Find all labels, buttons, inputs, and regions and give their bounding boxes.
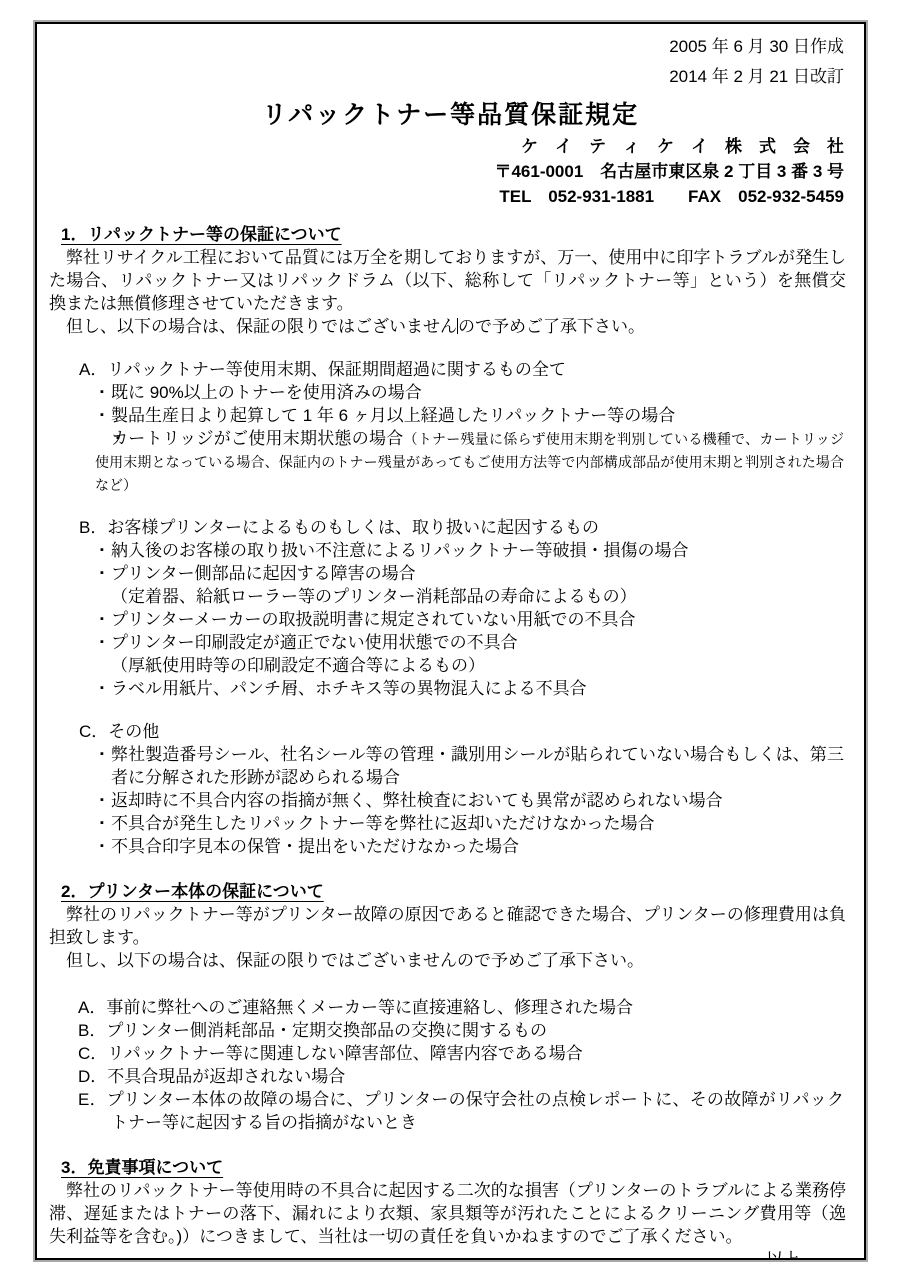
- company-name: ケ イ テ ィ ケ イ 株 式 会 社: [37, 134, 844, 159]
- square-bullet-icon: ▪: [100, 812, 104, 835]
- company-block: ケ イ テ ィ ケ イ 株 式 会 社 〒461-0001 名古屋市東区泉 2 …: [37, 134, 864, 209]
- list-item: ▪プリンター印刷設定が適正でない使用状態での不具合: [37, 631, 864, 654]
- created-date: 2005 年 6 月 30 日作成: [37, 32, 844, 62]
- section3-heading: 3．免責事項について: [37, 1156, 864, 1179]
- document-title: リパックトナー等品質保証規定: [37, 99, 864, 131]
- section2-paragraph-2: 但し、以下の場合は、保証の限りではございませんので予めご了承下さい。: [37, 949, 864, 972]
- company-address: 〒461-0001 名古屋市東区泉 2 丁目 3 番 3 号: [37, 159, 844, 184]
- list-item: A．事前に弊社へのご連絡無くメーカー等に直接連絡し、修理された場合: [37, 996, 864, 1019]
- list-item: ▪納入後のお客様の取り扱い不注意によるリパックトナー等破損・損傷の場合: [37, 539, 864, 562]
- section2-paragraph-1: 弊社のリパックトナー等がプリンター故障の原因であると確認できた場合、プリンターの…: [37, 903, 864, 949]
- group-a-label: A．リパックトナー等使用末期、保証期間超過に関するもの全て: [37, 358, 864, 381]
- square-bullet-icon: ▪: [100, 789, 104, 812]
- square-bullet-icon: ▪: [100, 608, 104, 631]
- square-bullet-icon: ▪: [100, 743, 104, 766]
- square-bullet-icon: ▪: [100, 677, 104, 700]
- list-item: ▪プリンター側部品に起因する障害の場合: [37, 562, 864, 585]
- list-item: ▪プリンターメーカーの取扱説明書に規定されていない用紙での不具合: [37, 608, 864, 631]
- revised-date: 2014 年 2 月 21 日改訂: [37, 62, 844, 92]
- list-item: ▪不具合が発生したリパックトナー等を弊社に返却いただけなかった場合: [37, 812, 864, 835]
- list-item: ▪製品生産日より起算して 1 年 6 ヶ月以上経過したリパックトナー等の場合: [37, 404, 864, 427]
- group-c-label: C．その他: [37, 720, 864, 743]
- square-bullet-icon: ▪: [100, 631, 104, 654]
- square-bullet-icon: ▪: [100, 404, 104, 427]
- square-bullet-icon: ▪: [100, 539, 104, 562]
- list-item: ▪ラベル用紙片、パンチ屑、ホチキス等の異物混入による不具合: [37, 677, 864, 700]
- section1-group-a: A．リパックトナー等使用末期、保証期間超過に関するもの全て ▪既に 90%以上の…: [37, 358, 864, 496]
- paragraph2-text-before: 但し、以下の場合は、保証の限りではございません: [66, 317, 457, 336]
- document-border-frame: 2005 年 6 月 30 日作成 2014 年 2 月 21 日改訂 リパック…: [35, 22, 866, 1260]
- list-item: ▪既に 90%以上のトナーを使用済みの場合: [37, 381, 864, 404]
- section3-paragraph: 弊社のリパックトナー等使用時の不具合に起因する二次的な損害（プリンターのトラブル…: [37, 1179, 864, 1248]
- list-item: ▪弊社製造番号シール、社名シール等の管理・識別用シールが貼られていない場合もしく…: [37, 743, 864, 789]
- list-item: E．プリンター本体の故障の場合に、プリンターの保守会社の点検レポートに、その故障…: [37, 1088, 864, 1134]
- revision-dates: 2005 年 6 月 30 日作成 2014 年 2 月 21 日改訂: [37, 32, 864, 92]
- list-item: ▪カートリッジがご使用末期状態の場合（トナー残量に係らず使用末期を判別している機…: [37, 427, 864, 496]
- section2-heading: 2．プリンター本体の保証について: [37, 880, 864, 903]
- company-tel-fax: TEL 052-931-1881 FAX 052-932-5459: [37, 184, 844, 209]
- paragraph2-text-after: ので予めご了承下さい。: [458, 317, 645, 336]
- section1-group-c: C．その他 ▪弊社製造番号シール、社名シール等の管理・識別用シールが貼られていな…: [37, 720, 864, 858]
- list-item: D．不具合現品が返却されない場合: [37, 1065, 864, 1088]
- closing-ijou: 以上: [37, 1248, 864, 1260]
- square-bullet-icon: ▪: [100, 381, 104, 404]
- square-bullet-icon: ▪: [100, 562, 104, 585]
- section1-heading: 1．リパックトナー等の保証について: [37, 223, 864, 246]
- square-bullet-icon: ▪: [100, 427, 120, 450]
- list-item: ▪返却時に不具合内容の指摘が無く、弊社検査においても異常が認められない場合: [37, 789, 864, 812]
- list-item-note: （定着器、給紙ローラー等のプリンター消耗部品の寿命によるもの）: [37, 585, 864, 608]
- square-bullet-icon: ▪: [100, 835, 104, 858]
- list-item: B．プリンター側消耗部品・定期交換部品の交換に関するもの: [37, 1019, 864, 1042]
- group-b-label: B．お客様プリンターによるものもしくは、取り扱いに起因するもの: [37, 516, 864, 539]
- document-page: 2005 年 6 月 30 日作成 2014 年 2 月 21 日改訂 リパック…: [0, 0, 907, 1284]
- section1-paragraph-2: 但し、以下の場合は、保証の限りではございませんので予めご了承下さい。: [37, 315, 864, 338]
- list-item: ▪不具合印字見本の保管・提出をいただけなかった場合: [37, 835, 864, 858]
- section2-lettered-list: A．事前に弊社へのご連絡無くメーカー等に直接連絡し、修理された場合 B．プリンタ…: [37, 996, 864, 1134]
- section1-group-b: B．お客様プリンターによるものもしくは、取り扱いに起因するもの ▪納入後のお客様…: [37, 516, 864, 700]
- list-item-note: （厚紙使用時等の印刷設定不適合等によるもの）: [37, 654, 864, 677]
- section1-paragraph-1: 弊社リサイクル工程において品質には万全を期しておりますが、万一、使用中に印字トラ…: [37, 246, 864, 315]
- list-item: C．リパックトナー等に関連しない障害部位、障害内容である場合: [37, 1042, 864, 1065]
